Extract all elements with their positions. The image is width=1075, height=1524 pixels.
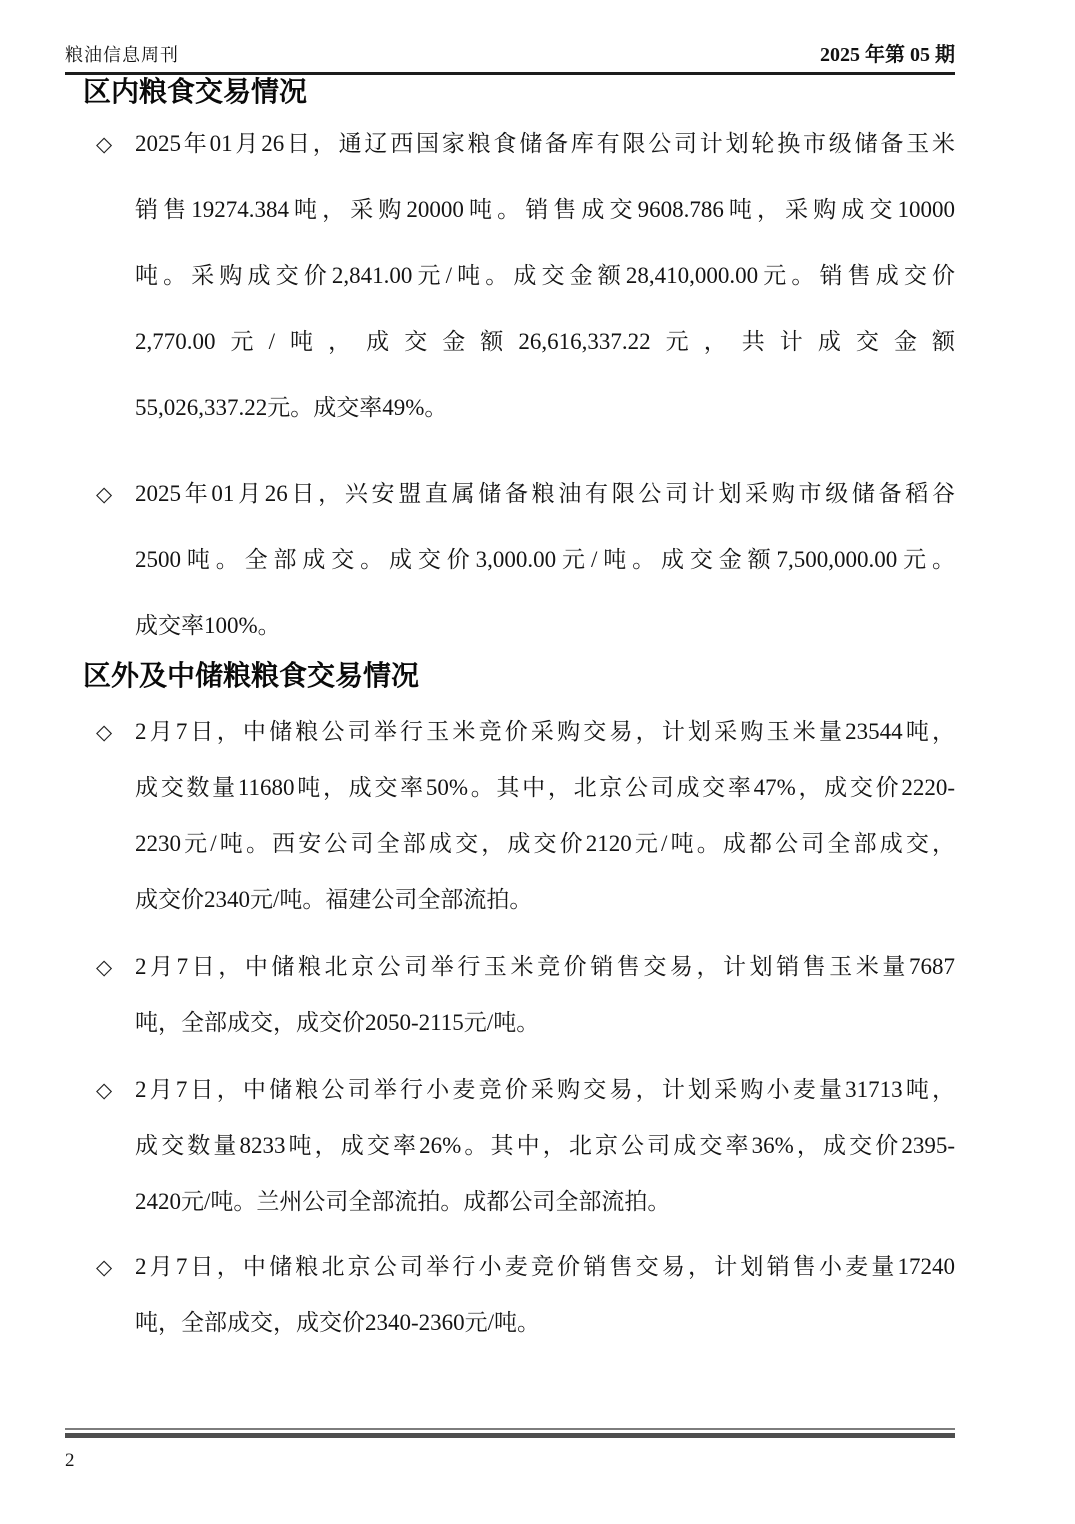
bullet-item: ◇ 2月7日，中储粮公司举行玉米竞价采购交易，计划采购玉米量23544吨， 成交… bbox=[65, 704, 955, 928]
text-line: 2230元/吨。西安公司全部成交，成交价2120元/吨。成都公司全部成交， bbox=[135, 816, 955, 872]
text-line: 2420元/吨。兰州公司全部流拍。成都公司全部流拍。 bbox=[135, 1174, 955, 1230]
text-line: 55,026,337.22元。成交率49%。 bbox=[135, 375, 955, 441]
text-line: 2500吨。全部成交。成交价3,000.00元/吨。成交金额7,500,000.… bbox=[135, 527, 955, 593]
text-line: 成交价2340元/吨。福建公司全部流拍。 bbox=[135, 872, 955, 928]
section-heading-external: 区外及中储粮粮食交易情况 bbox=[83, 659, 955, 695]
document-page: 粮油信息周刊 2025 年第 05 期 区内粮食交易情况 ◇ 2025年01月2… bbox=[0, 0, 1075, 1524]
footer-rule-thick bbox=[65, 1433, 955, 1438]
diamond-bullet-icon: ◇ bbox=[96, 111, 112, 177]
text-line: 2,770.00元/吨，成交金额26,616,337.22元，共计成交金额 bbox=[135, 309, 955, 375]
text-line: 2月7日，中储粮公司举行玉米竞价采购交易，计划采购玉米量23544吨， bbox=[135, 704, 955, 760]
text-line: 吨。采购成交价2,841.00元/吨。成交金额28,410,000.00元。销售… bbox=[135, 243, 955, 309]
text-line: 2025年01月26日，通辽西国家粮食储备库有限公司计划轮换市级储备玉米 bbox=[135, 111, 955, 177]
text-line: 成交数量8233吨，成交率26%。其中，北京公司成交率36%，成交价2395- bbox=[135, 1118, 955, 1174]
page-number: 2 bbox=[65, 1450, 955, 1472]
bullet-item: ◇ 2月7日，中储粮公司举行小麦竞价采购交易，计划采购小麦量31713吨， 成交… bbox=[65, 1062, 955, 1230]
page-header: 粮油信息周刊 2025 年第 05 期 bbox=[65, 38, 955, 75]
diamond-bullet-icon: ◇ bbox=[96, 1239, 112, 1295]
footer-rule-thin bbox=[65, 1428, 955, 1430]
text-line: 成交数量11680吨，成交率50%。其中，北京公司成交率47%，成交价2220- bbox=[135, 760, 955, 816]
diamond-bullet-icon: ◇ bbox=[96, 461, 112, 527]
text-line: 2月7日，中储粮北京公司举行玉米竞价销售交易，计划销售玉米量7687 bbox=[135, 939, 955, 995]
diamond-bullet-icon: ◇ bbox=[96, 704, 112, 760]
page-footer: 2 bbox=[65, 1428, 955, 1472]
journal-title: 粮油信息周刊 bbox=[65, 41, 179, 67]
page-content: 粮油信息周刊 2025 年第 05 期 区内粮食交易情况 ◇ 2025年01月2… bbox=[65, 38, 955, 1351]
text-line: 2025年01月26日，兴安盟直属储备粮油有限公司计划采购市级储备稻谷 bbox=[135, 461, 955, 527]
bullet-item: ◇ 2025年01月26日，通辽西国家粮食储备库有限公司计划轮换市级储备玉米 销… bbox=[65, 111, 955, 441]
issue-label: 2025 年第 05 期 bbox=[820, 38, 955, 67]
text-line: 销售19274.384吨，采购20000吨。销售成交9608.786吨，采购成交… bbox=[135, 177, 955, 243]
text-line: 吨，全部成交，成交价2340-2360元/吨。 bbox=[135, 1295, 955, 1351]
text-line: 吨，全部成交，成交价2050-2115元/吨。 bbox=[135, 995, 955, 1051]
diamond-bullet-icon: ◇ bbox=[96, 939, 112, 995]
text-line: 2月7日，中储粮公司举行小麦竞价采购交易，计划采购小麦量31713吨， bbox=[135, 1062, 955, 1118]
text-line: 2月7日，中储粮北京公司举行小麦竞价销售交易，计划销售小麦量17240 bbox=[135, 1239, 955, 1295]
bullet-item: ◇ 2025年01月26日，兴安盟直属储备粮油有限公司计划采购市级储备稻谷 25… bbox=[65, 461, 955, 659]
diamond-bullet-icon: ◇ bbox=[96, 1062, 112, 1118]
bullet-item: ◇ 2月7日，中储粮北京公司举行小麦竞价销售交易，计划销售小麦量17240 吨，… bbox=[65, 1239, 955, 1351]
text-line: 成交率100%。 bbox=[135, 593, 955, 659]
bullet-item: ◇ 2月7日，中储粮北京公司举行玉米竞价销售交易，计划销售玉米量7687 吨，全… bbox=[65, 939, 955, 1051]
section-heading-domestic: 区内粮食交易情况 bbox=[83, 75, 955, 111]
